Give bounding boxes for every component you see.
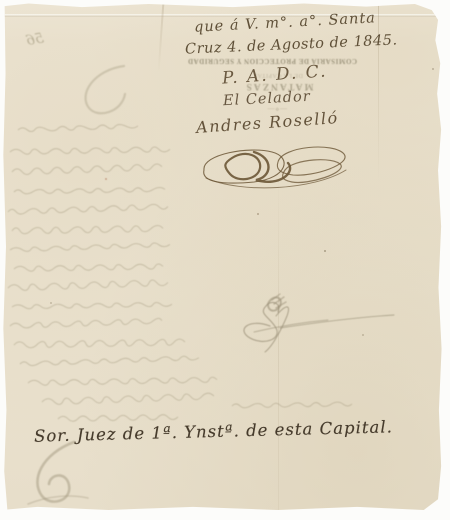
paper-sheet: 56 que á V. m°. a°. Santa Cruz 4. de Ago… bbox=[2, 2, 446, 512]
scanned-document: 56 que á V. m°. a°. Santa Cruz 4. de Ago… bbox=[0, 0, 450, 520]
bleedthrough-flourish-bottomleft bbox=[18, 438, 94, 512]
bleedthrough-flourish-topleft bbox=[72, 58, 134, 120]
paper-specks bbox=[2, 2, 4, 4]
